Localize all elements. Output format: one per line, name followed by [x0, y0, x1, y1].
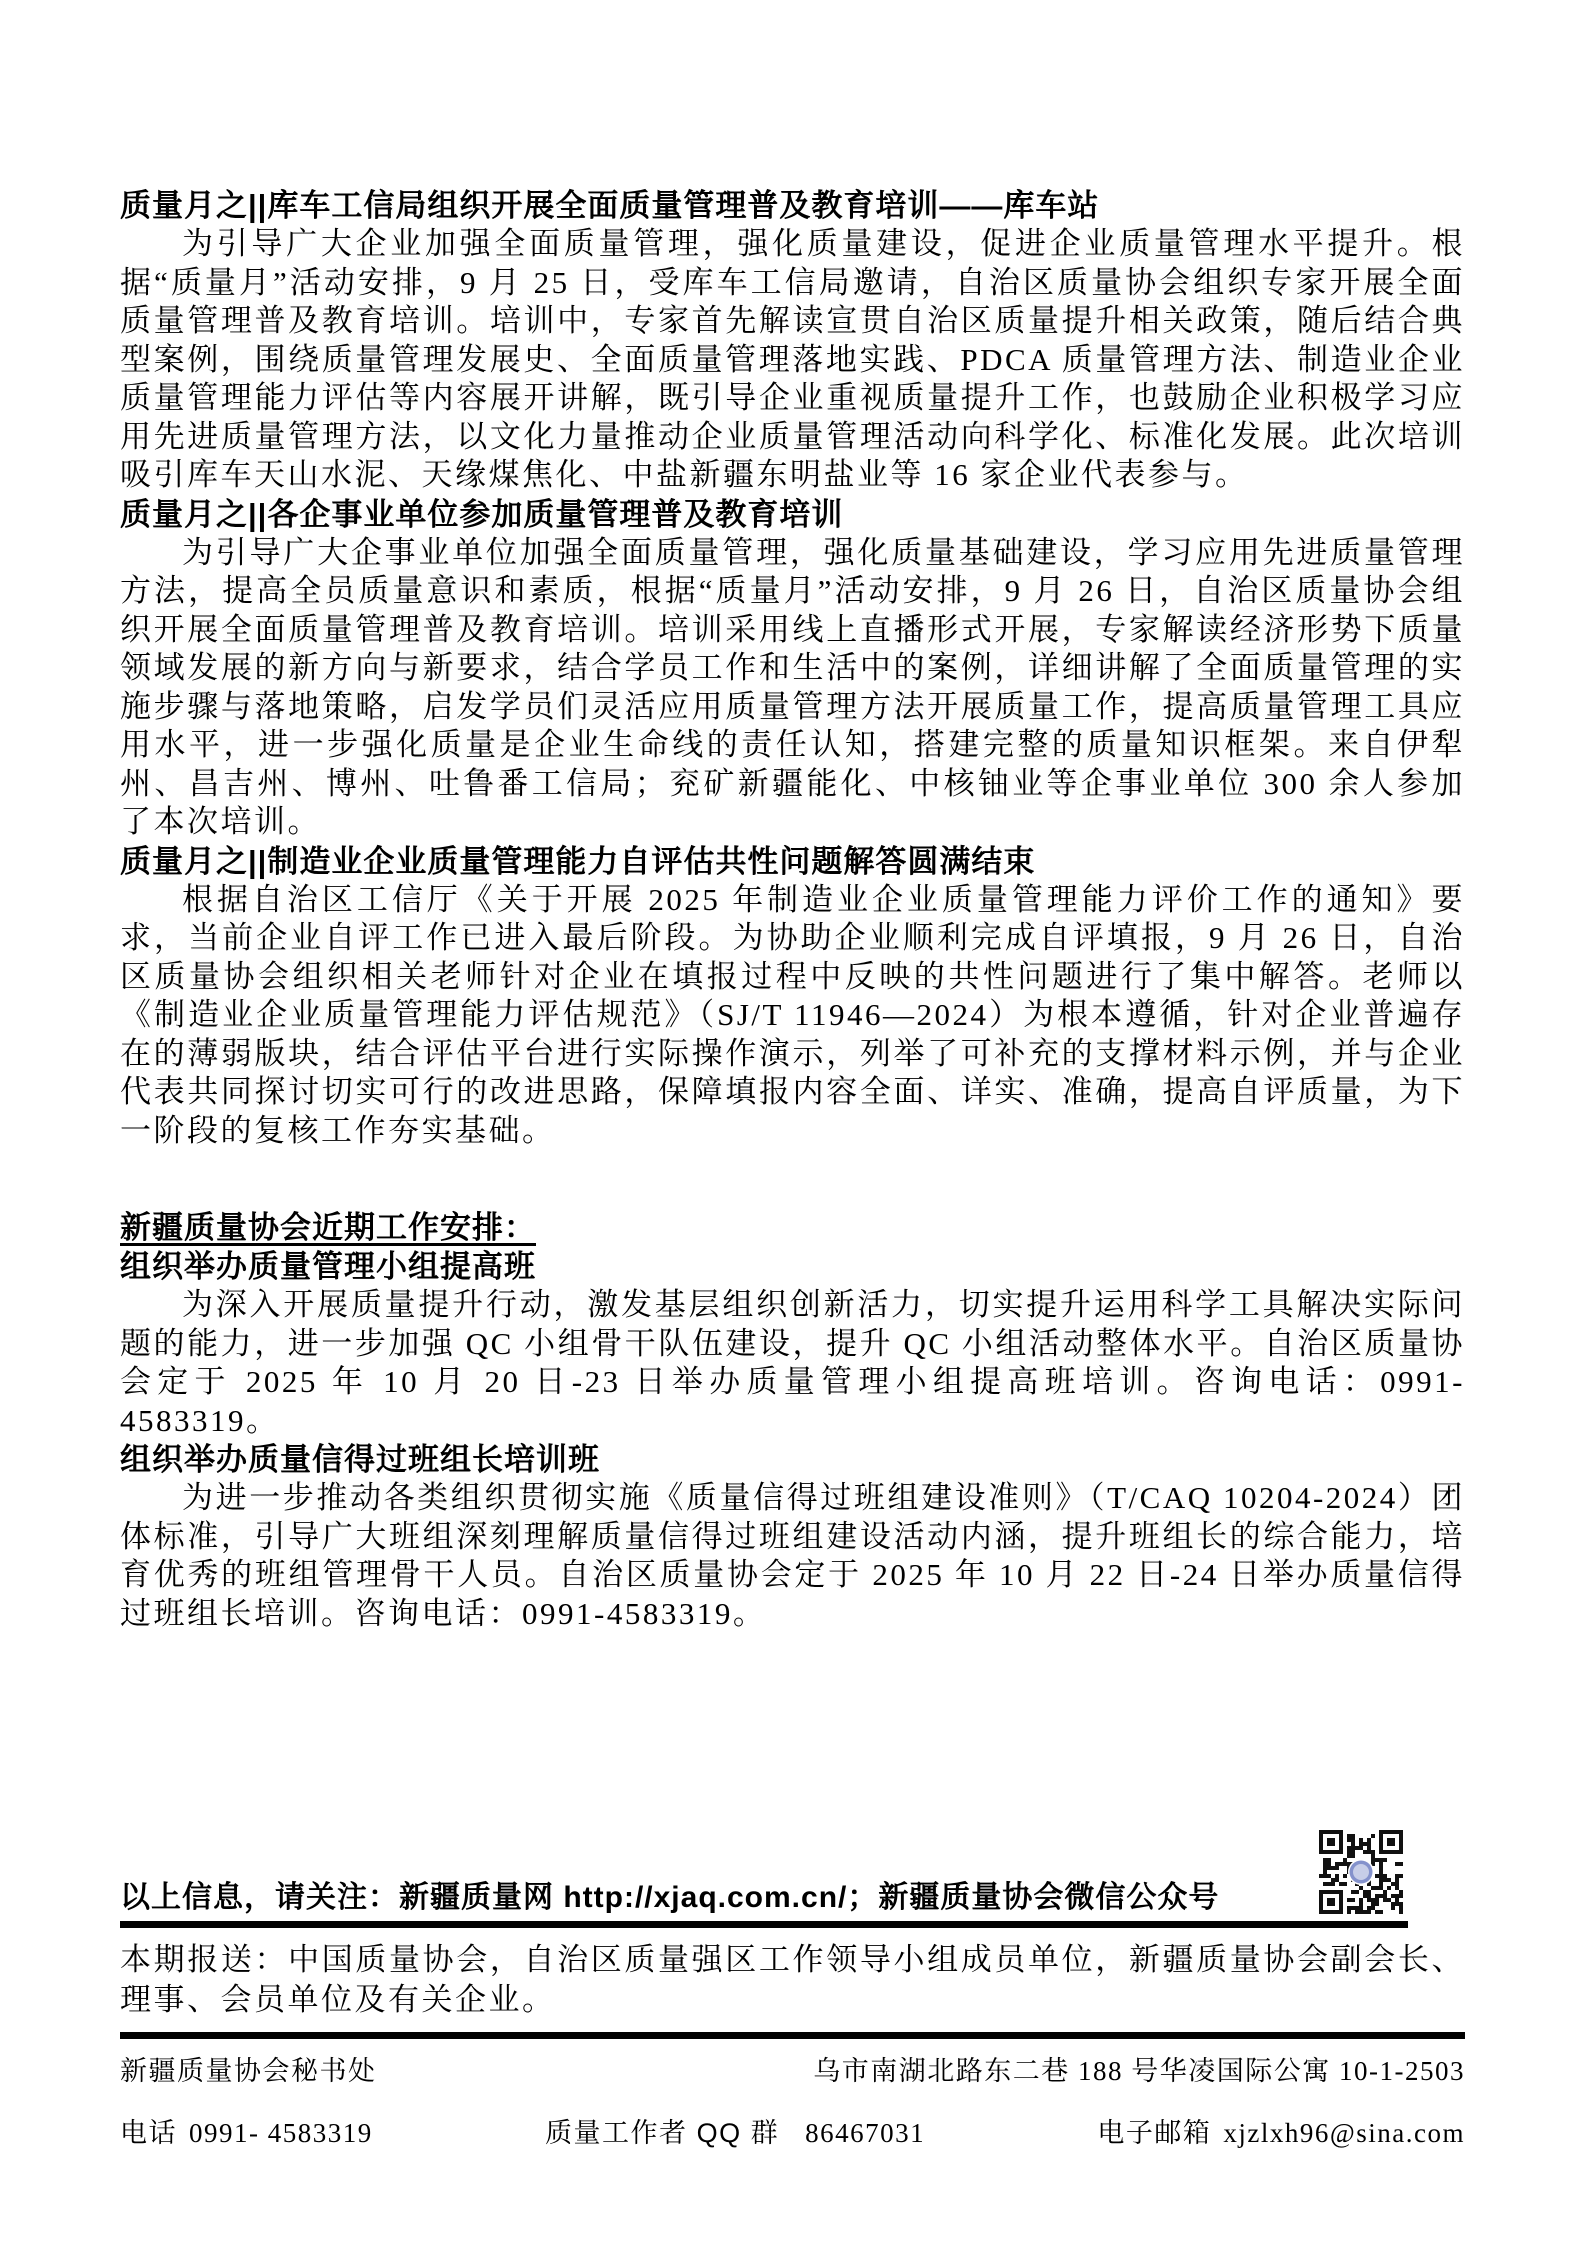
schedule-section: 新疆质量协会近期工作安排： 组织举办质量管理小组提高班 为深入开展质量提升行动，…	[120, 1208, 1465, 1633]
schedule-item-1-paragraph: 为深入开展质量提升行动，激发基层组织创新活力，切实提升运用科学工具解决实际问题的…	[120, 1286, 1465, 1440]
qq-group-number: 86467031	[805, 2118, 925, 2148]
schedule-item-1-heading: 组织举办质量管理小组提高班	[120, 1247, 1465, 1286]
newsletter-page: 质量月之||库车工信局组织开展全面质量管理普及教育培训——库车站 为引导广大企业…	[0, 0, 1587, 2245]
org-name: 新疆质量协会秘书处	[120, 2054, 377, 2088]
divider-rule-top	[120, 1921, 1408, 1928]
phone-label: 电话	[120, 2118, 177, 2148]
email-item: 电子邮箱xjzlxh96@sina.com	[1097, 2116, 1465, 2150]
schedule-item-2-paragraph: 为进一步推动各类组织贯彻实施《质量信得过班组建设准则》（T/CAQ 10204-…	[120, 1479, 1465, 1633]
section-1-paragraph: 为引导广大企业加强全面质量管理，强化质量建设，促进企业质量管理水平提升。根据“质…	[120, 225, 1465, 495]
section-2-paragraph: 为引导广大企事业单位加强全面质量管理，强化质量基础建设，学习应用先进质量管理方法…	[120, 534, 1465, 842]
section-2-heading: 质量月之||各企事业单位参加质量管理普及教育培训	[120, 495, 1465, 534]
section-1-heading: 质量月之||库车工信局组织开展全面质量管理普及教育培训——库车站	[120, 186, 1465, 225]
phone-item: 电话0991- 4583319	[120, 2116, 373, 2150]
qq-group-item: 质量工作者 QQ 群86467031	[545, 2116, 925, 2150]
section-3-heading: 质量月之||制造业企业质量管理能力自评估共性问题解答圆满结束	[120, 842, 1465, 881]
email-address: xjzlxh96@sina.com	[1223, 2118, 1465, 2148]
footer-row-org: 新疆质量协会秘书处 乌市南湖北路东二巷 188 号华凌国际公寓 10-1-250…	[120, 2054, 1465, 2088]
report-distribution-line: 本期报送：中国质量协会，自治区质量强区工作领导小组成员单位，新疆质量协会副会长、…	[120, 1940, 1465, 2020]
follow-info-line: 以上信息，请关注：新疆质量网 http://xjaq.com.cn/；新疆质量协…	[120, 1878, 1465, 1918]
main-content: 质量月之||库车工信局组织开展全面质量管理普及教育培训——库车站 为引导广大企业…	[120, 186, 1465, 1633]
schedule-item-2-heading: 组织举办质量信得过班组长培训班	[120, 1440, 1465, 1479]
phone-number: 0991- 4583319	[189, 2118, 373, 2148]
footer-row-contacts: 电话0991- 4583319 质量工作者 QQ 群86467031 电子邮箱x…	[120, 2116, 1465, 2150]
divider-rule-bottom	[120, 2032, 1465, 2039]
schedule-title: 新疆质量协会近期工作安排：	[120, 1208, 1465, 1247]
section-3-paragraph: 根据自治区工信厅《关于开展 2025 年制造业企业质量管理能力评价工作的通知》要…	[120, 881, 1465, 1151]
qq-group-label: 质量工作者 QQ 群	[545, 2118, 779, 2148]
org-address: 乌市南湖北路东二巷 188 号华凌国际公寓 10-1-2503	[813, 2054, 1465, 2088]
email-label: 电子邮箱	[1097, 2118, 1211, 2148]
